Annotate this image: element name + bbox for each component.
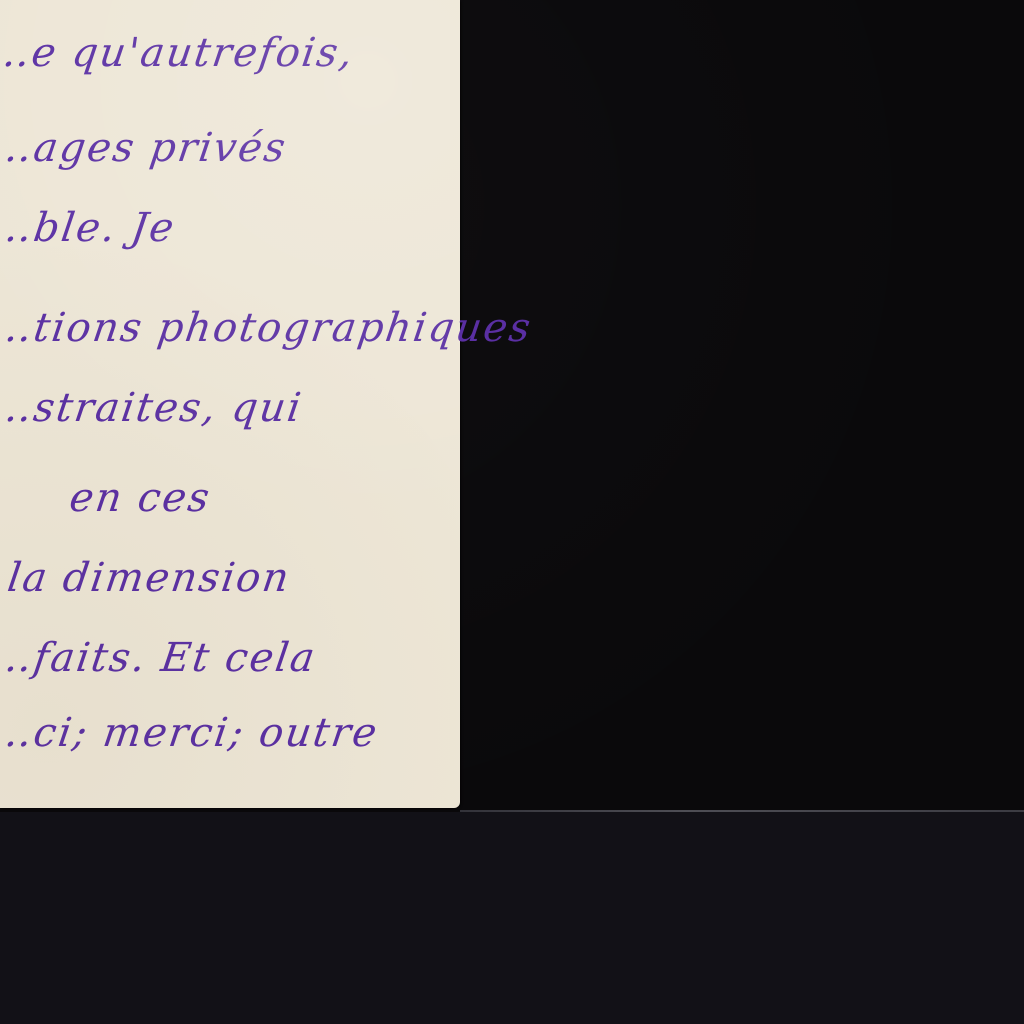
letter-line-2: …ages privés: [0, 125, 290, 171]
letter-line-7: la dimension: [5, 555, 294, 601]
letter-line-4: …tions photographiques: [0, 305, 535, 351]
letter-line-9: …ci; merci; outre: [0, 710, 381, 756]
mounting-board: [0, 812, 1024, 1024]
letter-line-1: …e qu'autrefois,: [0, 30, 357, 76]
handwritten-letter: …e qu'autrefois, …ages privés …ble. Je ……: [0, 0, 460, 808]
photo-stage: …e qu'autrefois, …ages privés …ble. Je ……: [0, 0, 1024, 1024]
letter-line-5: …straites, qui: [0, 385, 305, 431]
letter-line-3: …ble. Je: [0, 205, 178, 251]
letter-line-6: en ces: [67, 475, 214, 521]
board-edge-line: [460, 810, 1024, 812]
letter-line-8: …faits. Et cela: [0, 635, 319, 681]
